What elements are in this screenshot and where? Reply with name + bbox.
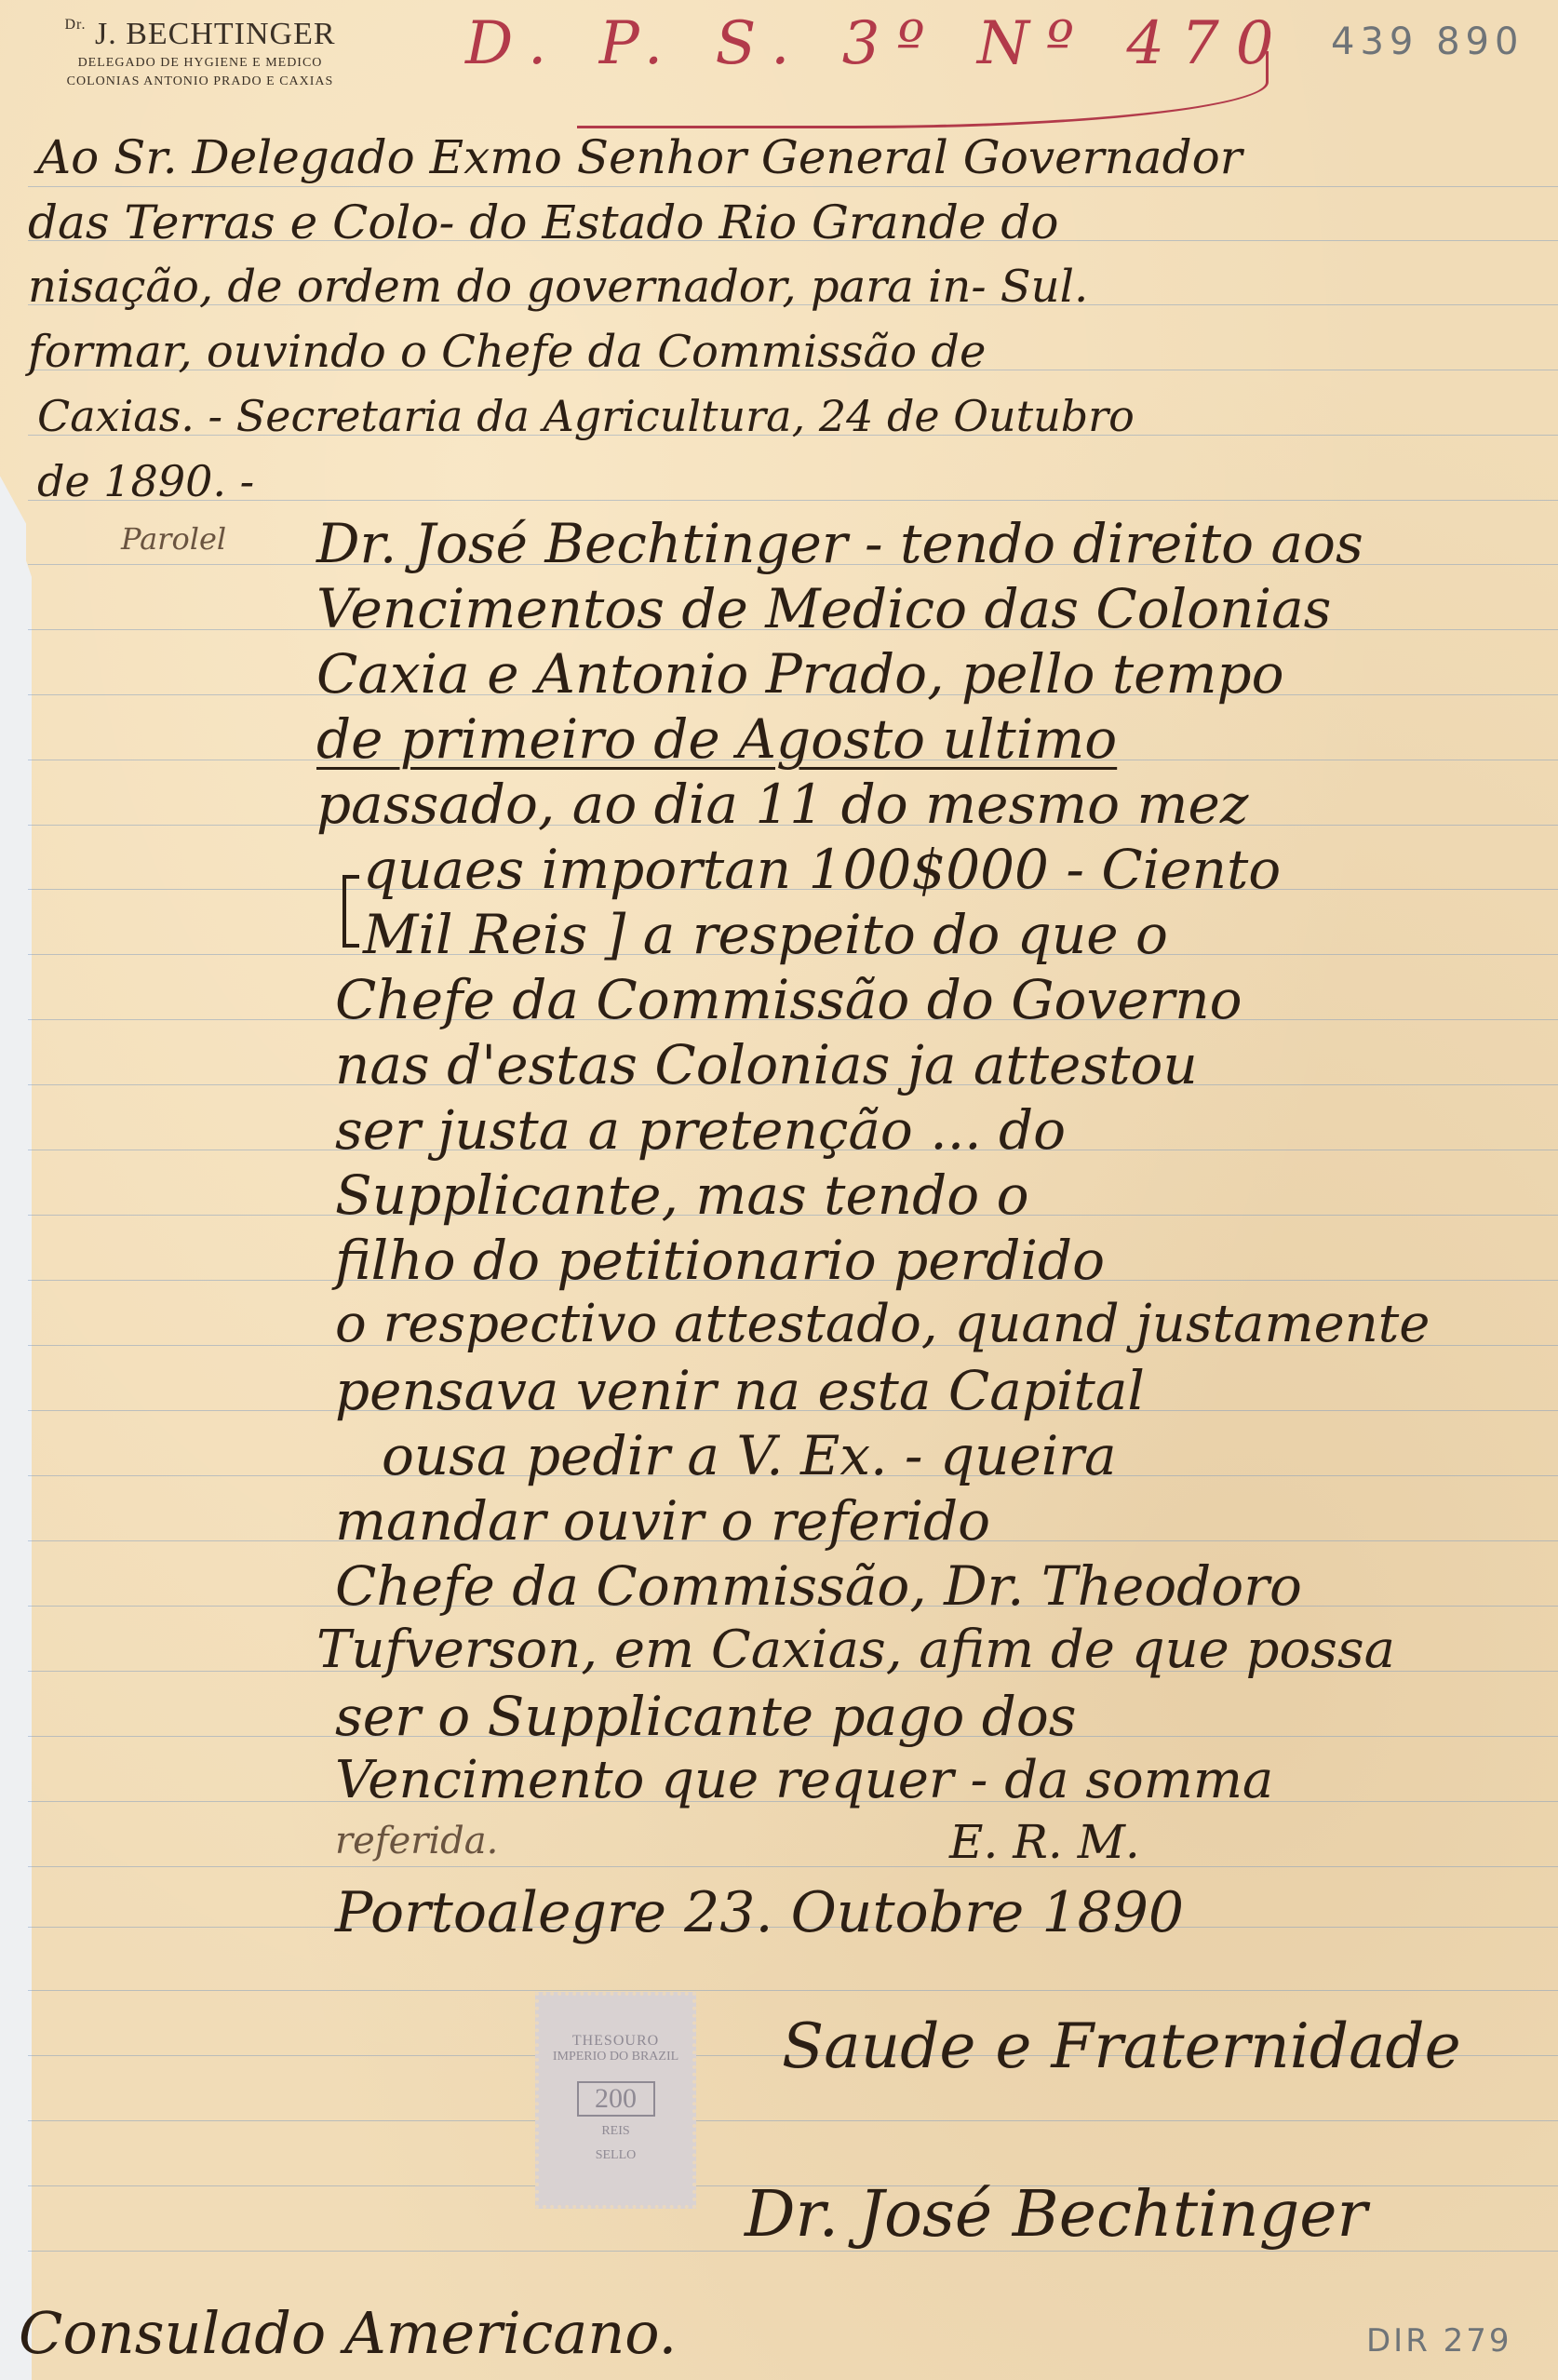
body-line: Caxia e Antonio Prado, pello tempo: [316, 642, 1284, 706]
letterhead-title: DELEGADO DE HYGIENE E MEDICO: [28, 56, 372, 71]
closing-erm: E. R. M.: [949, 1815, 1140, 1869]
margin-note: Parolel: [121, 521, 226, 557]
dispatch-line: Ao Sr. Delegado Exmo Senhor General Gove…: [37, 130, 1242, 184]
body-line: Chefe da Commissão, Dr. Theodoro: [335, 1554, 1302, 1618]
letterhead: Dr. J. BECHTINGER DELEGADO DE HYGIENE E …: [28, 17, 372, 89]
dispatch-line: Caxias. - Secretaria da Agricultura, 24 …: [37, 391, 1135, 441]
body-line: Mil Reis ] a respeito do que o: [363, 903, 1168, 966]
stamp-sello: SELLO: [539, 2148, 692, 2163]
salutation: Saude e Fraternidade: [782, 2010, 1461, 2082]
torn-paper-edge: [0, 521, 32, 2380]
body-line: ser justa a pretenção ... do: [335, 1098, 1066, 1162]
stamp-treasury-label: THESOURO: [539, 2033, 692, 2050]
body-line: Supplicante, mas tendo o: [335, 1163, 1029, 1227]
letterhead-colonies: COLONIAS ANTONIO PRADO E CAXIAS: [28, 74, 372, 89]
stamp-country: IMPERIO DO BRAZIL: [539, 2050, 692, 2064]
pencil-catalog-number: 439 890: [1331, 20, 1524, 63]
stamp-value: 200: [577, 2081, 655, 2117]
body-line: Vencimentos de Medico das Colonias: [316, 577, 1331, 640]
body-line: ousa pedir a V. Ex. - queira: [382, 1424, 1117, 1487]
body-line: Tufverson, em Caxias, afim de que possa: [316, 1620, 1395, 1680]
body-line: ser o Supplicante pago dos: [335, 1685, 1077, 1748]
body-line: Chefe da Commissão do Governo: [335, 968, 1242, 1031]
body-line: pensava venir na esta Capital: [335, 1359, 1145, 1422]
stamp-unit: REIS: [539, 2124, 692, 2139]
ruled-line: [28, 2120, 1558, 2121]
left-bracket: [342, 875, 359, 948]
archive-code: DIR 279: [1366, 2322, 1512, 2360]
body-line: filho do petitionario perdido: [335, 1229, 1105, 1292]
footer-consulate: Consulado Americano.: [19, 2299, 677, 2367]
body-line: passado, ao dia 11 do mesmo mez: [316, 773, 1248, 836]
body-line: mandar ouvir o referido: [335, 1489, 990, 1553]
dispatch-line: nisação, de ordem do governador, para in…: [28, 261, 1088, 313]
body-line: de primeiro de Agosto ultimo: [316, 707, 1117, 771]
ruled-line: [28, 186, 1558, 187]
ruled-line: [28, 1866, 1558, 1867]
signature: Dr. José Bechtinger: [745, 2178, 1367, 2252]
body-line: Vencimento que requer - da somma: [335, 1750, 1273, 1810]
revenue-stamp: THESOURO IMPERIO DO BRAZIL 200 REIS SELL…: [535, 1992, 696, 2209]
body-line: Dr. José Bechtinger - tendo direito aos: [316, 512, 1363, 575]
dispatch-line: formar, ouvindo o Chefe da Commissão de: [28, 326, 986, 378]
dispatch-line: de 1890. -: [37, 456, 254, 506]
place-date: Portoalegre 23. Outobre 1890: [335, 1880, 1184, 1945]
ruled-line: [28, 500, 1558, 501]
dispatch-line: das Terras e Colo- do Estado Rio Grande …: [28, 195, 1058, 249]
ruled-line: [28, 1990, 1558, 1991]
body-line: nas d'estas Colonias ja attestou: [335, 1033, 1198, 1096]
body-line: quaes importan 100$000 - Ciento: [363, 838, 1281, 901]
letterhead-name: Dr. J. BECHTINGER: [28, 17, 372, 52]
body-line: o respectivo attestado, quand justamente: [335, 1294, 1430, 1354]
body-line: referida.: [335, 1820, 498, 1862]
